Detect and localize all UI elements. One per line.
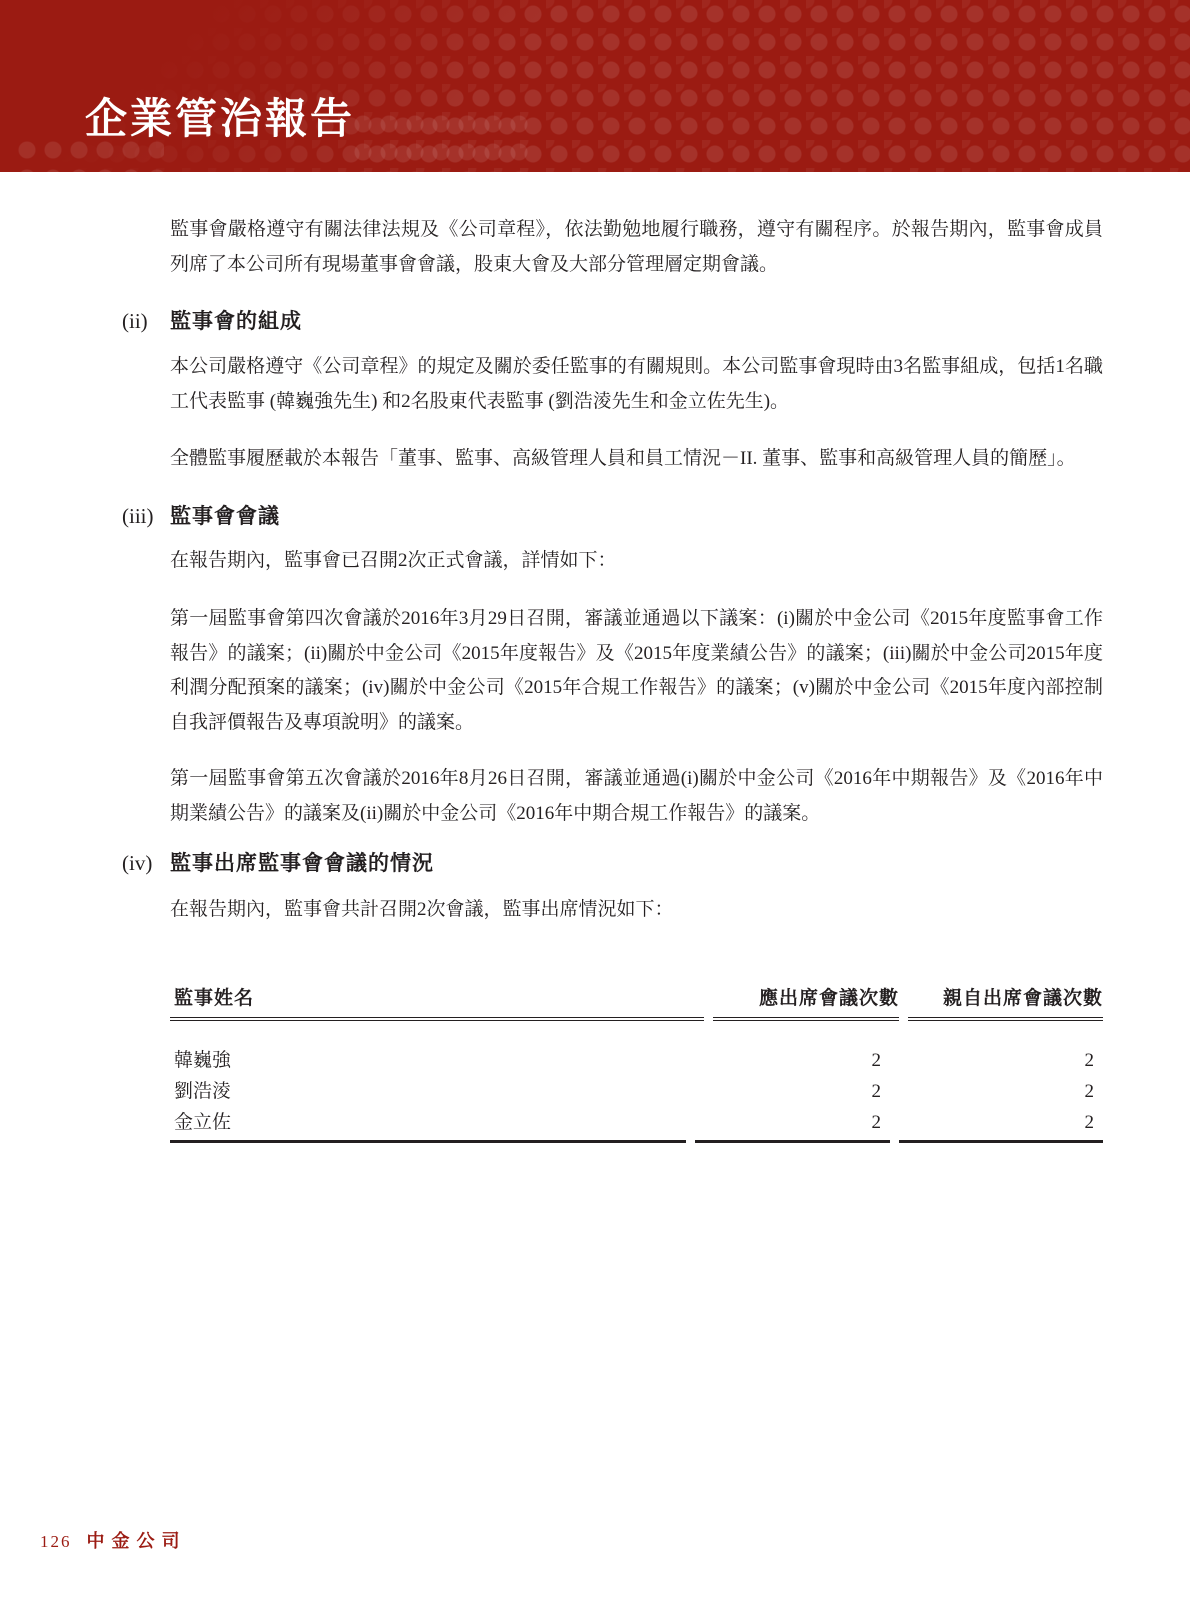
meetings-required-value: 2 bbox=[695, 1111, 890, 1143]
section-iii-heading: (iii) 監事會會議 bbox=[122, 503, 1103, 530]
supervisor-name: 劉浩淩 bbox=[170, 1080, 686, 1104]
table-row: 劉浩淩 2 2 bbox=[170, 1073, 1103, 1104]
section-ii-paragraph-1: 本公司嚴格遵守《公司章程》的規定及關於委任監事的有關規則。本公司監事會現時由3名… bbox=[170, 350, 1103, 419]
section-iii-title: 監事會會議 bbox=[170, 503, 280, 530]
table-body: 韓巍強 2 2 劉浩淩 2 2 金立佐 2 2 bbox=[170, 1042, 1103, 1143]
page-title: 企業管治報告 bbox=[85, 99, 355, 141]
section-iii-paragraph-1: 在報告期內，監事會已召開2次正式會議，詳情如下： bbox=[170, 544, 1103, 579]
meetings-required-value: 2 bbox=[695, 1049, 890, 1073]
table-row: 金立佐 2 2 bbox=[170, 1104, 1103, 1143]
supervisor-name: 金立佐 bbox=[170, 1111, 686, 1143]
section-iii-number: (iii) bbox=[122, 503, 170, 530]
report-page: 企業管治報告 監事會嚴格遵守有關法律法規及《公司章程》，依法勤勉地履行職務，遵守… bbox=[0, 0, 1190, 1615]
supervisor-name: 韓巍強 bbox=[170, 1049, 686, 1073]
header-banner: 企業管治報告 bbox=[0, 0, 1190, 172]
table-header-row: 監事姓名 應出席會議次數 親自出席會議次數 bbox=[170, 983, 1103, 1021]
column-header-meetings-attended: 親自出席會議次數 bbox=[908, 983, 1103, 1021]
page-number: 126 bbox=[40, 1532, 72, 1552]
section-iv-number: (iv) bbox=[122, 850, 170, 877]
meetings-required-value: 2 bbox=[695, 1080, 890, 1104]
dot-pattern-decoration bbox=[350, 110, 530, 172]
section-iv-title: 監事出席監事會會議的情況 bbox=[170, 850, 434, 877]
section-ii-number: (ii) bbox=[122, 308, 170, 335]
section-ii-heading: (ii) 監事會的組成 bbox=[122, 308, 1103, 335]
meetings-attended-value: 2 bbox=[899, 1049, 1103, 1073]
column-header-meetings-required: 應出席會議次數 bbox=[713, 983, 899, 1021]
section-iv-paragraph-1: 在報告期內，監事會共計召開2次會議，監事出席情況如下： bbox=[170, 893, 1103, 928]
company-name: 中金公司 bbox=[87, 1527, 187, 1553]
section-ii-title: 監事會的組成 bbox=[170, 308, 302, 335]
section-ii-paragraph-2: 全體監事履歷載於本報告「董事、監事、高級管理人員和員工情況－II. 董事、監事和… bbox=[170, 442, 1103, 477]
attendance-table: 監事姓名 應出席會議次數 親自出席會議次數 韓巍強 2 2 劉浩淩 2 2 金立… bbox=[170, 983, 1103, 1143]
section-iii-paragraph-2: 第一屆監事會第四次會議於2016年3月29日召開，審議並通過以下議案：(i)關於… bbox=[170, 602, 1103, 740]
page-footer: 126 中金公司 bbox=[40, 1527, 187, 1553]
table-row: 韓巍強 2 2 bbox=[170, 1042, 1103, 1073]
meetings-attended-value: 2 bbox=[899, 1080, 1103, 1104]
section-iii-paragraph-3: 第一屆監事會第五次會議於2016年8月26日召開，審議並通過(i)關於中金公司《… bbox=[170, 762, 1103, 831]
section-iv-heading: (iv) 監事出席監事會會議的情況 bbox=[122, 850, 1103, 877]
column-header-supervisor-name: 監事姓名 bbox=[170, 983, 704, 1021]
meetings-attended-value: 2 bbox=[899, 1111, 1103, 1143]
intro-paragraph: 監事會嚴格遵守有關法律法規及《公司章程》，依法勤勉地履行職務，遵守有關程序。於報… bbox=[170, 213, 1103, 282]
